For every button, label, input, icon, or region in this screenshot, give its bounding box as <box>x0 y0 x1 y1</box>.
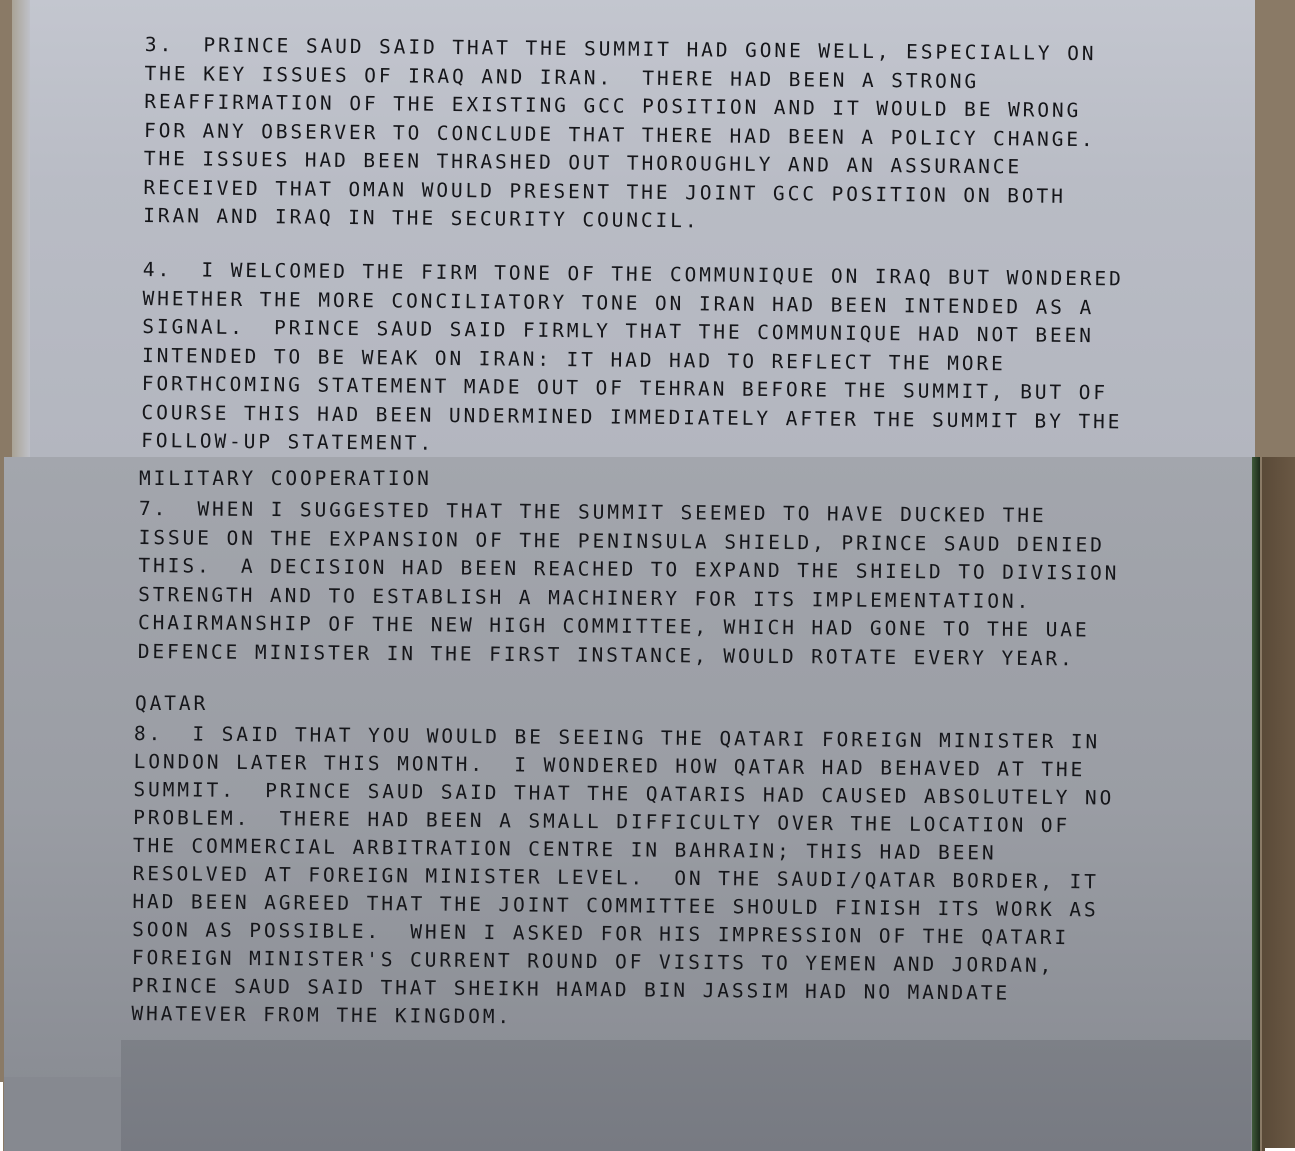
paragraph-4: 4. I WELCOMED THE FIRM TONE OF THE COMMU… <box>141 256 1124 465</box>
background-frame <box>1262 457 1295 1151</box>
paragraph-7: 7. WHEN I SUGGESTED THAT THE SUMMIT SEEM… <box>138 495 1120 674</box>
page-bottom-shadow <box>121 1040 1251 1151</box>
book-spine <box>1252 457 1260 1151</box>
section-heading-military-cooperation: MILITARY COOPERATION <box>139 467 432 490</box>
paragraph-8: 8. I SAID THAT YOU WOULD BE SEEING THE Q… <box>131 720 1115 1037</box>
scan-border <box>0 1082 3 1151</box>
section-heading-qatar: QATAR <box>135 692 208 715</box>
page-edge-shadow <box>4 1077 124 1151</box>
paragraph-3: 3. PRINCE SAUD SAID THAT THE SUMMIT HAD … <box>143 31 1096 240</box>
